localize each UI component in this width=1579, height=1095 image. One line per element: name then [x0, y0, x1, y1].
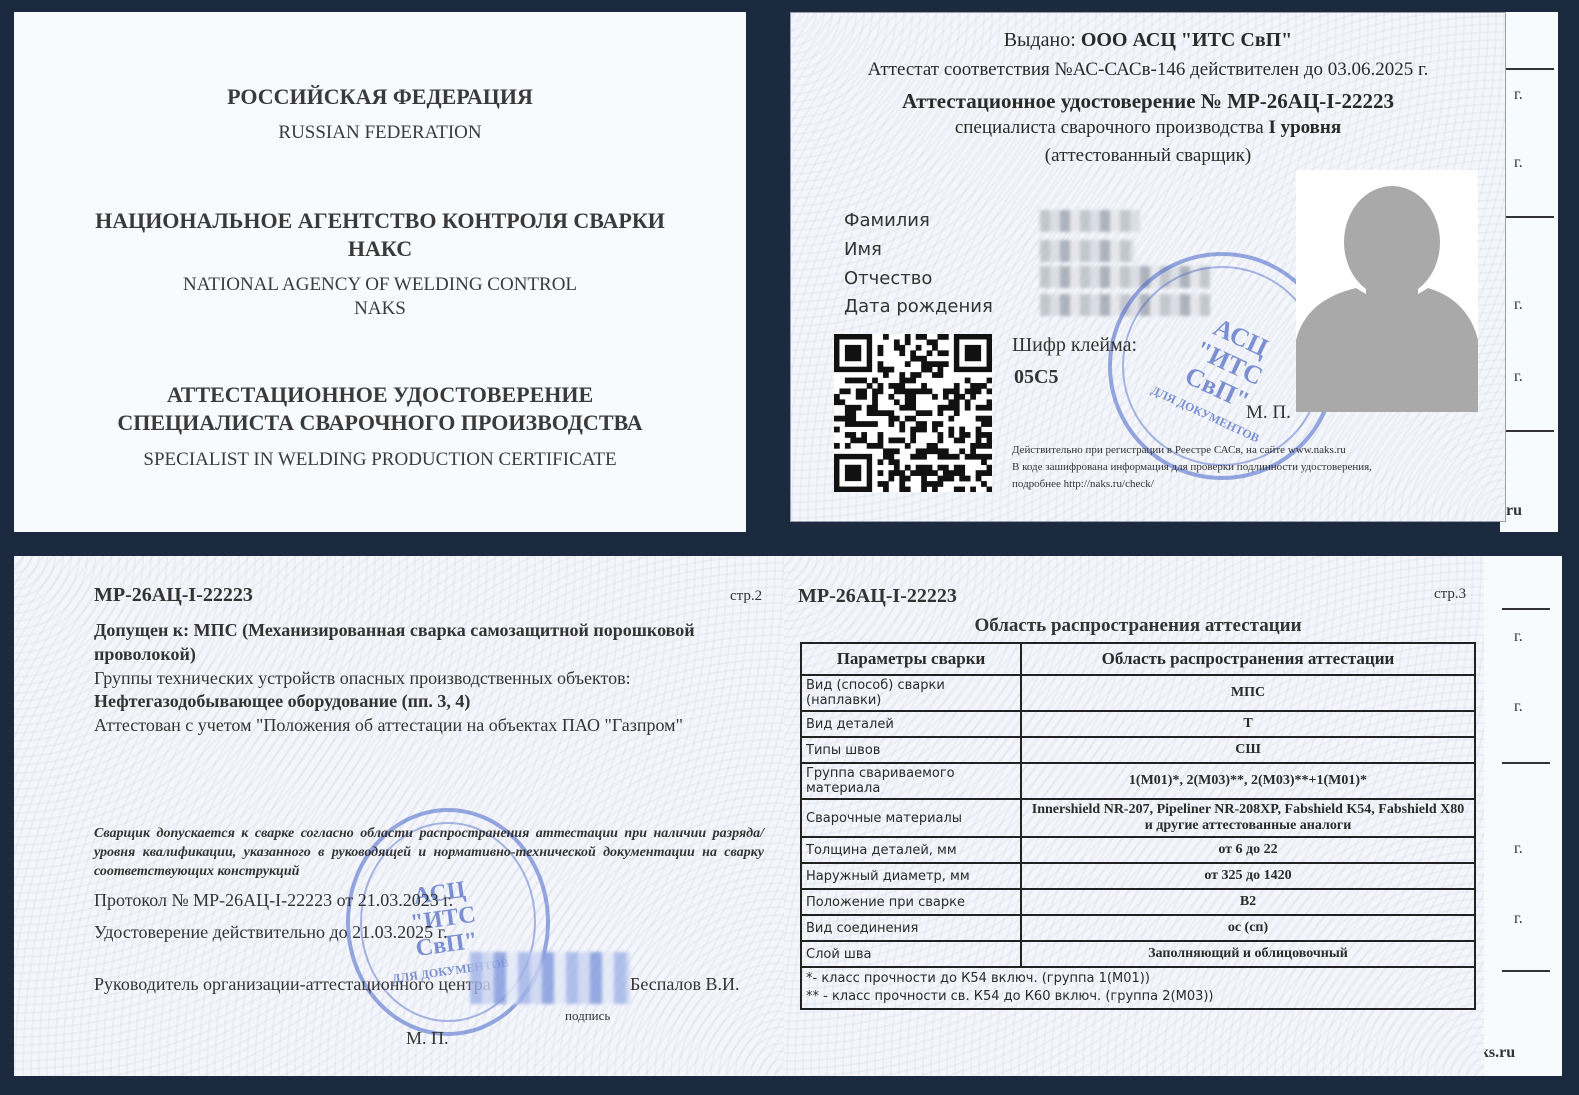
- agency-ru-line2: НАКС: [14, 236, 746, 262]
- edge-line: [1502, 970, 1550, 972]
- column-header: Область распространения аттестации: [1021, 643, 1475, 675]
- footnotes: *- класс прочности до К54 включ. (группа…: [801, 967, 1475, 1009]
- role: (аттестованный сварщик): [791, 145, 1505, 167]
- column-header: Параметры сварки: [801, 643, 1021, 675]
- edge-line: [1506, 430, 1554, 432]
- birthdate-label: Дата рождения: [844, 296, 993, 317]
- scope-value-cell: Заполняющий и облицовочный: [1021, 941, 1475, 967]
- edge-line: [1502, 762, 1550, 764]
- table-row: Положение при сваркеВ2: [801, 889, 1475, 915]
- name-value-redacted: [1040, 240, 1134, 262]
- scope-value-cell: от 325 до 1420: [1021, 863, 1475, 889]
- edge-year-suffix: г.: [1514, 86, 1523, 104]
- edge-line: [1506, 68, 1554, 70]
- agency-en-line2: NAKS: [14, 298, 746, 320]
- cover-page: РОССИЙСКАЯ ФЕДЕРАЦИЯ RUSSIAN FEDERATION …: [14, 12, 746, 532]
- edge-year-suffix: г.: [1514, 698, 1523, 716]
- edge-year-suffix: г.: [1514, 628, 1523, 646]
- edge-year-suffix: г.: [1514, 910, 1523, 928]
- italic-note: Сварщик допускается к сварке согласно об…: [94, 824, 764, 881]
- admitted-line1: Допущен к: МПС (Механизированная сварка …: [94, 620, 695, 641]
- table-row: Сварочные материалыInnershield NR-207, P…: [801, 799, 1475, 837]
- head-label: Руководитель организации-аттестационного…: [94, 974, 491, 995]
- table-row: Слой шваЗаполняющий и облицовочный: [801, 941, 1475, 967]
- edge-line: [1506, 216, 1554, 218]
- underlying-page-edge-top: г. г. г. г. ru: [1500, 12, 1558, 532]
- qr-code-icon: [834, 334, 992, 492]
- parameter-cell: Вид соединения: [801, 915, 1021, 941]
- accreditation: Аттестат соответствия №АС-САСв-146 дейст…: [791, 59, 1505, 81]
- surname-value-redacted: [1040, 210, 1140, 232]
- photo-frame: [1296, 170, 1478, 412]
- cert-title: Аттестационное удостоверение № МР-26АЦ-I…: [791, 89, 1505, 114]
- footer-line1: Действительно при регистрации в Реестре …: [1012, 444, 1346, 456]
- signature-label: подпись: [565, 1008, 610, 1024]
- seal-mark: М. П.: [406, 1028, 449, 1049]
- qr-code[interactable]: [834, 334, 992, 492]
- underlying-page-edge-bottom: г. г. г. г. ks.ru: [1478, 556, 1562, 1076]
- specialist-line: специалиста сварочного производства I ур…: [791, 117, 1505, 139]
- parameter-cell: Наружный диаметр, мм: [801, 863, 1021, 889]
- country-en: RUSSIAN FEDERATION: [14, 122, 746, 144]
- table-row: Вид соединенияос (сп): [801, 915, 1475, 941]
- scope-value-cell: ос (сп): [1021, 915, 1475, 941]
- page-number: стр.3: [1434, 586, 1466, 603]
- scope-value-cell: В2: [1021, 889, 1475, 915]
- issued-by-line: Выдано: ООО АСЦ "ИТС СвП": [791, 29, 1505, 52]
- seal-mark: М. П.: [1246, 402, 1291, 424]
- table-row: Вид деталейТ: [801, 711, 1475, 737]
- scope-value-cell: Innershield NR-207, Pipeliner NR-208XP, …: [1021, 799, 1475, 837]
- name-label: Имя: [844, 239, 882, 260]
- stamp-code: 05С5: [1014, 366, 1058, 389]
- table-row: Группа свариваемого материала1(М01)*, 2(…: [801, 763, 1475, 799]
- patronymic-label: Отчество: [844, 268, 932, 289]
- scope-value-cell: СШ: [1021, 737, 1475, 763]
- protocol: Протокол № МР-26АЦ-I-22223 от 21.03.2023…: [94, 890, 453, 911]
- signature-redacted: [470, 952, 630, 1004]
- surname-label: Фамилия: [844, 210, 930, 231]
- edge-year-suffix: г.: [1514, 840, 1523, 858]
- scope-value-cell: Т: [1021, 711, 1475, 737]
- parameter-cell: Группа свариваемого материала: [801, 763, 1021, 799]
- edge-year-suffix: г.: [1514, 368, 1523, 386]
- parameter-cell: Положение при сварке: [801, 889, 1021, 915]
- footer-line2: В коде зашифрована информация для провер…: [1012, 461, 1372, 473]
- table-header-row: Параметры сварки Область распространения…: [801, 643, 1475, 675]
- parameter-cell: Вид (способ) сварки (наплавки): [801, 675, 1021, 711]
- parameter-cell: Вид деталей: [801, 711, 1021, 737]
- table-footnote-row: *- класс прочности до К54 включ. (группа…: [801, 967, 1475, 1009]
- issued-by: ООО АСЦ "ИТС СвП": [1081, 29, 1292, 51]
- specialist-level: I уровня: [1268, 117, 1341, 138]
- parameter-cell: Толщина деталей, мм: [801, 837, 1021, 863]
- doc-title-en: SPECIALIST IN WELDING PRODUCTION CERTIFI…: [14, 449, 746, 471]
- edge-year-suffix: г.: [1514, 154, 1523, 172]
- cert-number: МР-26АЦ-I-22223: [94, 584, 253, 607]
- gazprom-note: Аттестован с учетом "Положения об аттест…: [94, 715, 683, 736]
- scope-value-cell: МПС: [1021, 675, 1475, 711]
- groups-value: Нефтегазодобывающее оборудование (пп. 3,…: [94, 691, 470, 712]
- edge-year-suffix: г.: [1514, 296, 1523, 314]
- stamp-code-label: Шифр клейма:: [1012, 334, 1137, 357]
- table-row: Типы швовСШ: [801, 737, 1475, 763]
- head-name: Беспалов В.И.: [630, 974, 740, 995]
- specialist-prefix: специалиста сварочного производства: [955, 117, 1269, 138]
- cert-number: МР-26АЦ-I-22223: [798, 585, 957, 608]
- footer-line3: подробнее http://naks.ru/check/: [1012, 478, 1154, 490]
- scope-value-cell: 1(М01)*, 2(М03)**, 2(М03)**+1(М01)*: [1021, 763, 1475, 799]
- country-ru: РОССИЙСКАЯ ФЕДЕРАЦИЯ: [14, 84, 746, 110]
- table-row: Вид (способ) сварки (наплавки)МПС: [801, 675, 1475, 711]
- valid-until: Удостоверение действительно до 21.03.202…: [94, 922, 448, 943]
- page-number: стр.2: [730, 588, 762, 605]
- edge-site-tail: ks.ru: [1480, 1044, 1515, 1062]
- scope-value-cell: от 6 до 22: [1021, 837, 1475, 863]
- doc-title-ru-line1: АТТЕСТАЦИОННОЕ УДОСТОВЕРЕНИЕ: [14, 382, 746, 408]
- edge-line: [1502, 608, 1550, 610]
- parameter-cell: Сварочные материалы: [801, 799, 1021, 837]
- agency-ru-line1: НАЦИОНАЛЬНОЕ АГЕНТСТВО КОНТРОЛЯ СВАРКИ: [14, 208, 746, 234]
- admitted-line2: проволокой): [94, 644, 196, 665]
- edge-site-tail: ru: [1506, 502, 1522, 520]
- attestation-scope-table: Параметры сварки Область распространения…: [800, 642, 1476, 1010]
- doc-title-ru-line2: СПЕЦИАЛИСТА СВАРОЧНОГО ПРОИЗВОДСТВА: [14, 410, 746, 436]
- footnote-1: *- класс прочности до К54 включ. (группа…: [806, 970, 1470, 988]
- parameter-cell: Типы швов: [801, 737, 1021, 763]
- table-row: Наружный диаметр, ммот 325 до 1420: [801, 863, 1475, 889]
- footnote-2: ** - класс прочности св. К54 до К60 вклю…: [806, 988, 1470, 1006]
- table-title: Область распространения аттестации: [800, 615, 1476, 637]
- agency-en-line1: NATIONAL AGENCY OF WELDING CONTROL: [14, 274, 746, 296]
- groups-label: Группы технических устройств опасных про…: [94, 668, 631, 689]
- parameter-cell: Слой шва: [801, 941, 1021, 967]
- person-silhouette-icon: [1296, 170, 1478, 412]
- issued-label: Выдано:: [1004, 29, 1081, 51]
- table-row: Толщина деталей, ммот 6 до 22: [801, 837, 1475, 863]
